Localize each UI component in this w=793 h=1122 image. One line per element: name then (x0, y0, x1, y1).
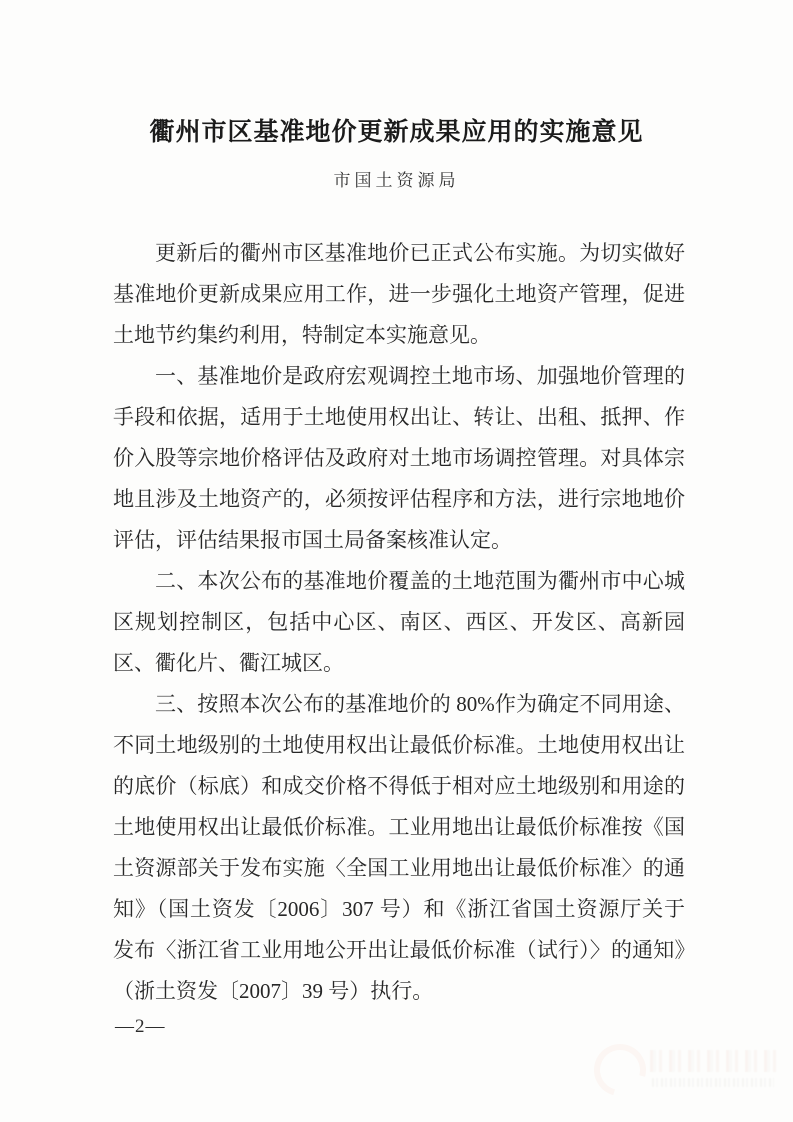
page-number: —2— (115, 1016, 166, 1038)
swirl-logo-icon (584, 1034, 655, 1105)
paragraph-item-2: 二、本次公布的基准地价覆盖的土地范围为衢州市中心城区规划控制区，包括中心区、南区… (113, 561, 685, 684)
scanned-document-page: 衢州市区基准地价更新成果应用的实施意见 市国土资源局 更新后的衢州市区基准地价已… (0, 0, 793, 1122)
watermark-url-line (652, 1078, 774, 1087)
paragraph-intro: 更新后的衢州市区基准地价已正式公布实施。为切实做好基准地价更新成果应用工作，进一… (113, 233, 685, 356)
document-title: 衢州市区基准地价更新成果应用的实施意见 (0, 112, 793, 148)
paragraph-item-3: 三、按照本次公布的基准地价的 80%作为确定不同用途、不同土地级别的土地使用权出… (113, 684, 685, 1012)
watermark-text-line (650, 1050, 782, 1072)
document-body: 更新后的衢州市区基准地价已正式公布实施。为切实做好基准地价更新成果应用工作，进一… (113, 233, 685, 1012)
paragraph-item-1: 一、基准地价是政府宏观调控土地市场、加强地价管理的手段和依据，适用于土地使用权出… (113, 356, 685, 561)
document-author: 市国土资源局 (0, 166, 793, 191)
site-watermark (592, 1030, 787, 1110)
